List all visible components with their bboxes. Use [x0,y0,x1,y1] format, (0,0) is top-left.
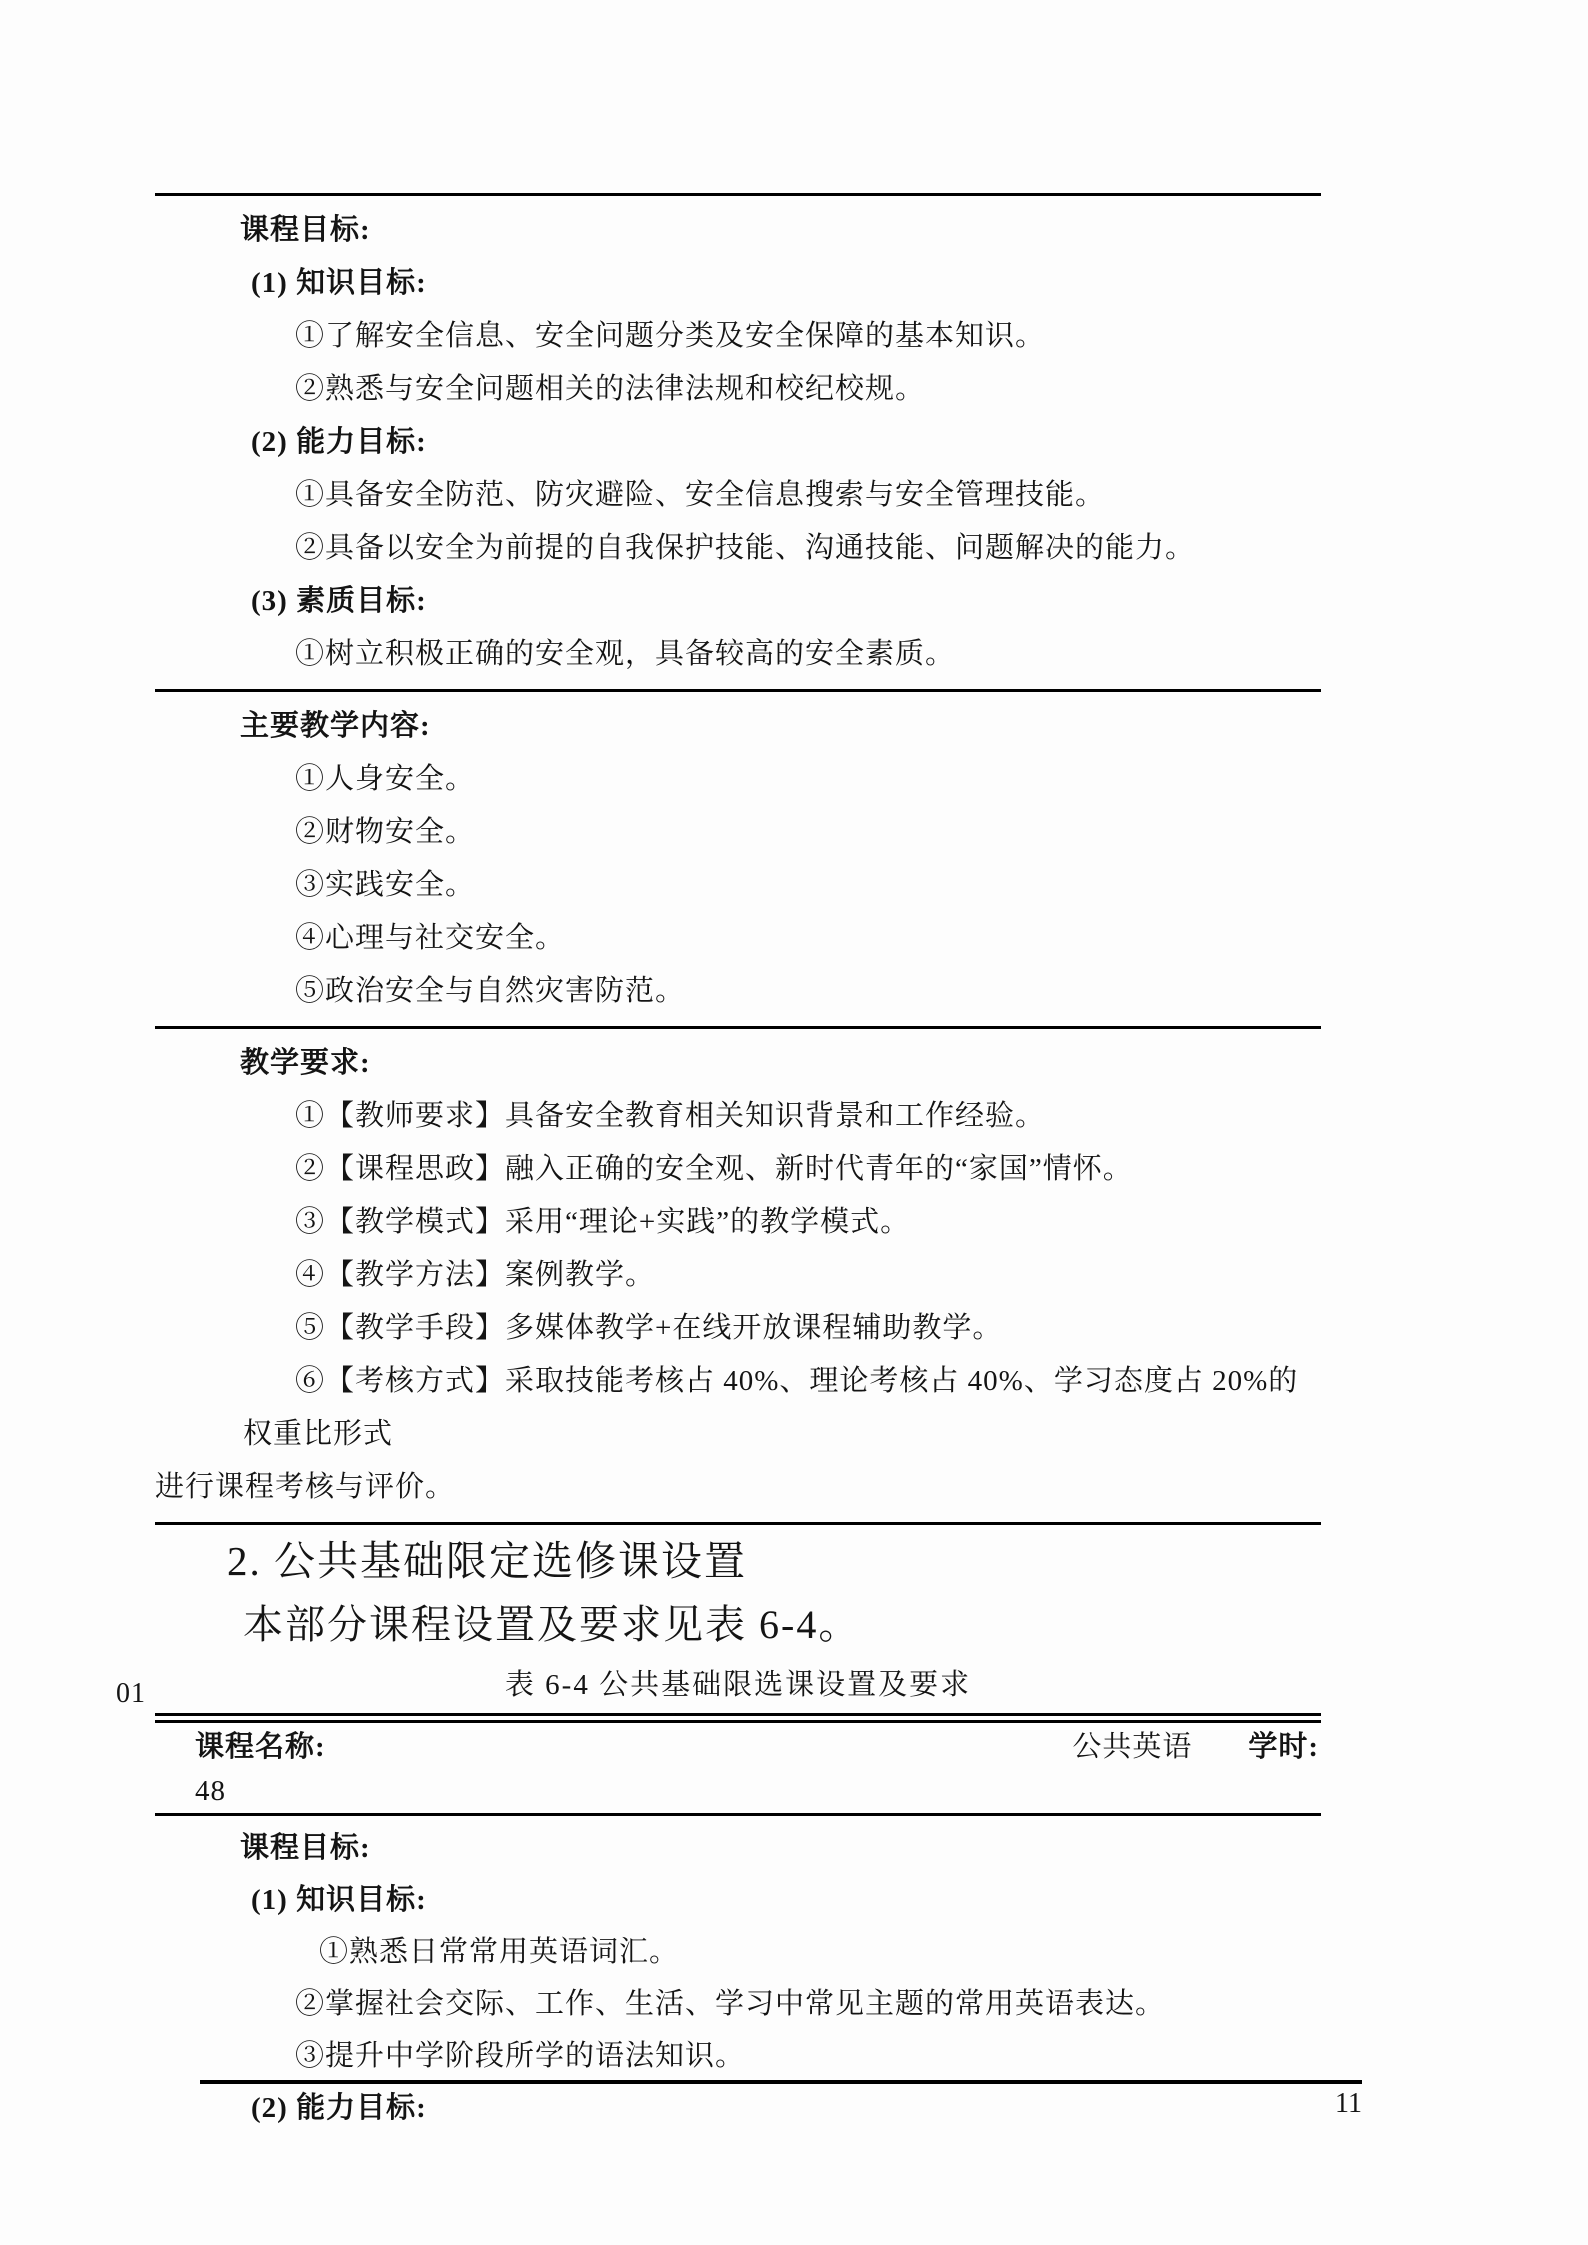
quality-goal-label: (3) 素质目标: [155,575,1321,628]
course-name-line: 课程名称: 公共英语 学时: [155,1725,1321,1769]
ability-goal-label: (2) 能力目标: [155,2082,1321,2134]
objectives-label: 课程目标: [155,204,1321,257]
table-caption: 表 6-4 公共基础限选课设置及要求 [155,1657,1321,1713]
teaching-requirement-item: ③【教学模式】采用“理论+实践”的教学模式。 [155,1196,1321,1249]
teaching-requirement-item: ①【教师要求】具备安全教育相关知识背景和工作经验。 [155,1090,1321,1143]
section-heading: 2. 公共基础限定选修课设置 [155,1529,1321,1593]
objectives-label: 课程目标: [155,1822,1321,1874]
course-hours-value: 48 [155,1769,1321,1813]
ability-goal-item: ②具备以安全为前提的自我保护技能、沟通技能、问题解决的能力。 [155,522,1321,575]
knowledge-goal-label: (1) 知识目标: [155,257,1321,310]
row-course-objectives: 课程目标: (1) 知识目标: ①了解安全信息、安全问题分类及安全保障的基本知识… [155,193,1321,689]
table-top-double-border [155,1713,1321,1723]
teaching-requirement-item: ⑤【教学手段】多媒体教学+在线开放课程辅助教学。 [155,1302,1321,1355]
knowledge-goal-item: ③提升中学阶段所学的语法知识。 [155,2030,1321,2082]
row-course-objectives-2: 课程目标: (1) 知识目标: ①熟悉日常常用英语词汇。 ②掌握社会交际、工作、… [155,1813,1321,2134]
row-teaching-requirements: 教学要求: ①【教师要求】具备安全教育相关知识背景和工作经验。 ②【课程思政】融… [155,1026,1321,1522]
course-hours-label: 学时: [1248,1725,1321,1769]
course-header-row: 课程名称: 公共英语 学时: 48 [155,1723,1321,1813]
teaching-requirements-label: 教学要求: [155,1037,1321,1090]
section-intro: 本部分课程设置及要求见表 6-4。 [155,1593,1321,1657]
footer-rule [200,2080,1362,2084]
teaching-content-label: 主要教学内容: [155,700,1321,753]
knowledge-goal-item: ②熟悉与安全问题相关的法律法规和校纪校规。 [155,363,1321,416]
teaching-content-item: ④心理与社交安全。 [155,912,1321,965]
teaching-requirement-item-continued: 进行课程考核与评价。 [155,1461,1321,1514]
knowledge-goal-item: ②掌握社会交际、工作、生活、学习中常见主题的常用英语表达。 [155,1978,1321,2030]
page-number: 11 [1310,2088,1362,2120]
teaching-requirement-item: ⑥【考核方式】采取技能考核占 40%、理论考核占 40%、学习态度占 20%的权… [155,1355,1321,1461]
teaching-content-item: ③实践安全。 [155,859,1321,912]
margin-row-number: 01 [116,1678,146,1710]
course-name-value: 公共英语 [1072,1725,1192,1769]
document-page: 课程目标: (1) 知识目标: ①了解安全信息、安全问题分类及安全保障的基本知识… [155,193,1321,2134]
teaching-content-item: ⑤政治安全与自然灾害防范。 [155,965,1321,1018]
course-name-label: 课程名称: [155,1725,326,1769]
teaching-content-item: ①人身安全。 [155,753,1321,806]
quality-goal-item: ①树立积极正确的安全观，具备较高的安全素质。 [155,628,1321,681]
teaching-requirement-item: ②【课程思政】融入正确的安全观、新时代青年的“家国”情怀。 [155,1143,1321,1196]
section-heading-block: 2. 公共基础限定选修课设置 本部分课程设置及要求见表 6-4。 表 6-4 公… [155,1522,1321,1713]
ability-goal-item: ①具备安全防范、防灾避险、安全信息搜索与安全管理技能。 [155,469,1321,522]
ability-goal-label: (2) 能力目标: [155,416,1321,469]
teaching-content-item: ②财物安全。 [155,806,1321,859]
row-teaching-content: 主要教学内容: ①人身安全。 ②财物安全。 ③实践安全。 ④心理与社交安全。 ⑤… [155,689,1321,1026]
knowledge-goal-item: ①熟悉日常常用英语词汇。 [155,1926,1321,1978]
knowledge-goal-label: (1) 知识目标: [155,1874,1321,1926]
knowledge-goal-item: ①了解安全信息、安全问题分类及安全保障的基本知识。 [155,310,1321,363]
teaching-requirement-item: ④【教学方法】案例教学。 [155,1249,1321,1302]
